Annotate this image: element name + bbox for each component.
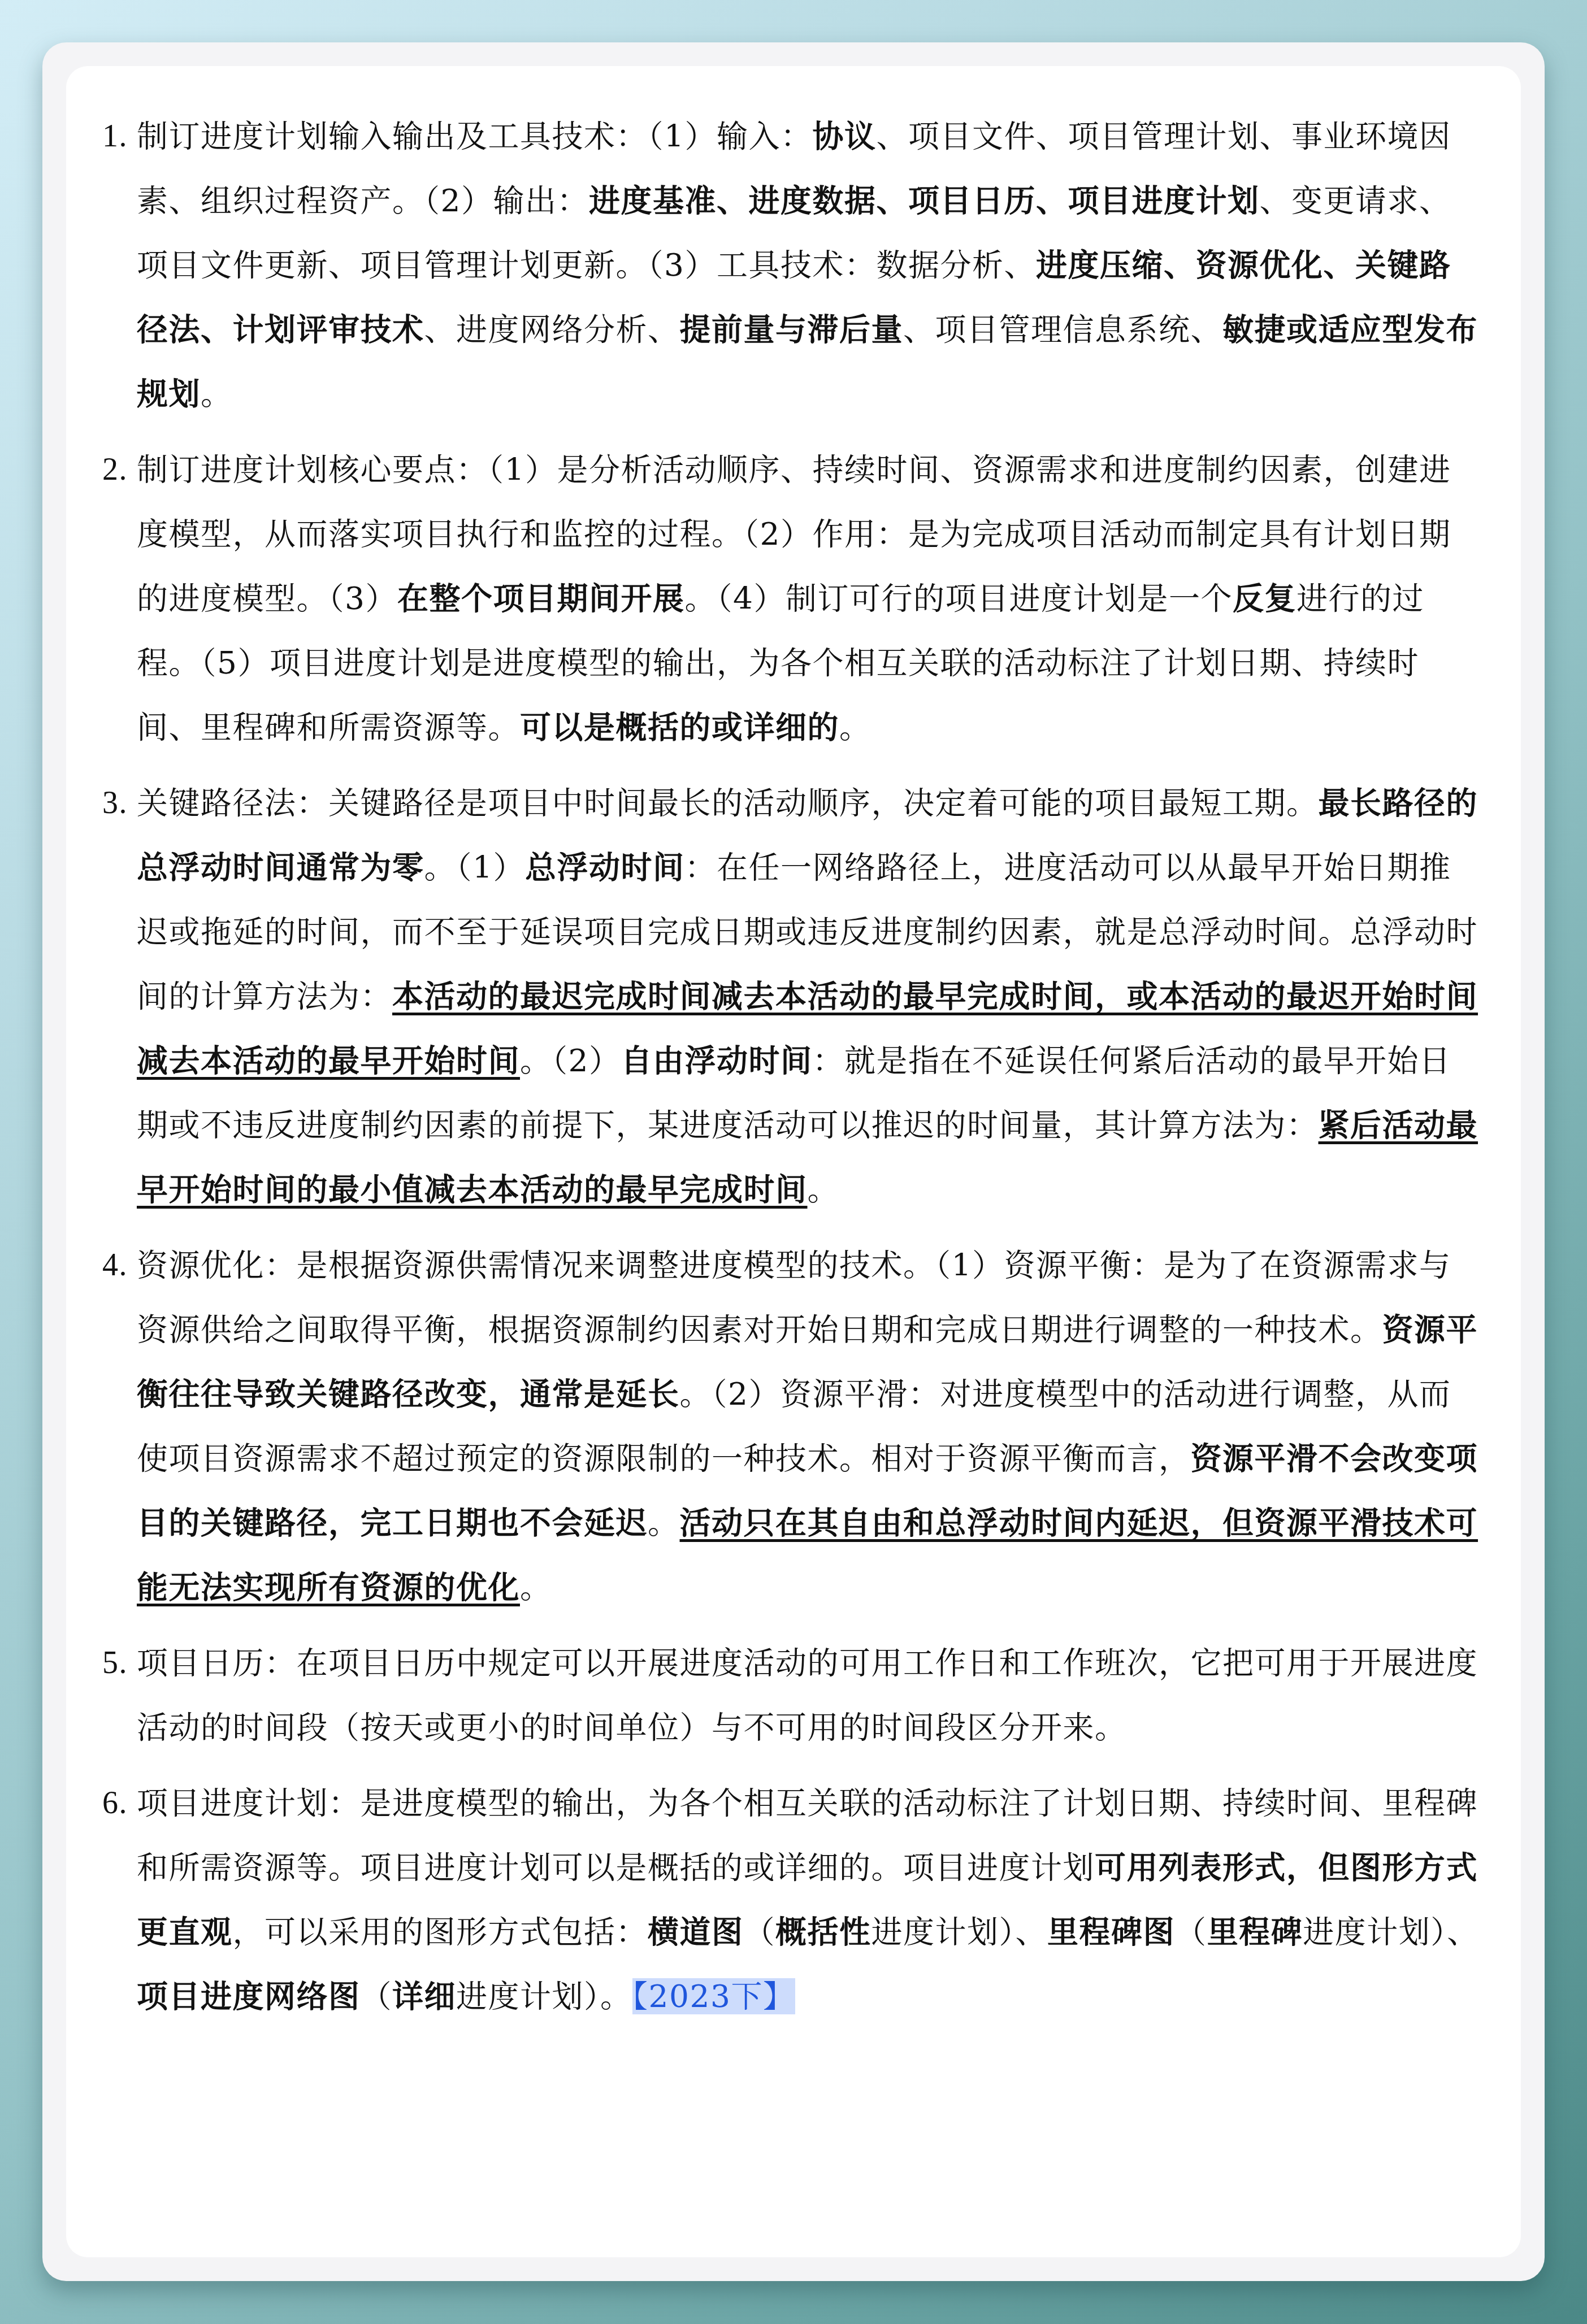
list-number: 2. xyxy=(102,437,136,502)
text-run: 。（1） xyxy=(424,849,526,885)
list-item: 1.制订进度计划输入输出及工具技术：（1）输入：协议、项目文件、项目管理计划、事… xyxy=(102,104,1481,426)
list-number: 4. xyxy=(102,1233,136,1297)
text-run: 。（2） xyxy=(520,1042,621,1079)
key-term-bold: 里程碑图 xyxy=(1047,1913,1175,1950)
text-run: 进度计划）。 xyxy=(456,1978,632,2014)
key-term-bold: 提前量与滞后量 xyxy=(680,311,904,347)
text-run: 进度计划）、 xyxy=(1303,1914,1479,1950)
key-term-bold: 反复 xyxy=(1233,580,1297,616)
text-run: 。（4）制订可行的项目进度计划是一个 xyxy=(685,580,1233,616)
list-number: 1. xyxy=(102,104,136,168)
outer-card: 1.制订进度计划输入输出及工具技术：（1）输入：协议、项目文件、项目管理计划、事… xyxy=(42,42,1545,2281)
key-term-bold: 里程碑 xyxy=(1207,1913,1303,1950)
key-term-bold: 总浮动时间 xyxy=(525,849,685,885)
key-term-bold: 项目进度网络图 xyxy=(137,1978,361,2014)
key-term-bold: 进度基准、进度数据、项目日历、项目进度计划 xyxy=(589,182,1260,219)
text-run: 、项目管理信息系统、 xyxy=(903,311,1222,347)
list-item: 3.关键路径法：关键路径是项目中时间最长的活动顺序，决定着可能的项目最短工期。最… xyxy=(102,771,1481,1222)
text-run: 项目日历：在项目日历中规定可以开展进度活动的可用工作日和工作班次，它把可用于开展… xyxy=(137,1645,1478,1745)
list-item: 2.制订进度计划核心要点：（1）是分析活动顺序、持续时间、资源需求和进度制约因素… xyxy=(102,437,1481,759)
text-run: 资源优化：是根据资源供需情况来调整进度模型的技术。（1）资源平衡：是为了在资源需… xyxy=(137,1247,1451,1348)
text-run: 。 xyxy=(808,1171,840,1207)
text-run: 进度计划）、 xyxy=(871,1914,1048,1950)
key-term-bold: 可以是概括的或详细的 xyxy=(520,709,839,745)
text-run: 制订进度计划输入输出及工具技术：（1）输入： xyxy=(137,118,813,154)
key-term-bold: 详细 xyxy=(392,1978,456,2014)
list-number: 5. xyxy=(102,1631,136,1695)
text-run: （ xyxy=(361,1978,393,2014)
key-term-bold: 协议 xyxy=(813,118,877,154)
exam-tag-highlight: 【2023下】 xyxy=(632,1978,795,2014)
list-item: 4.资源优化：是根据资源供需情况来调整进度模型的技术。（1）资源平衡：是为了在资… xyxy=(102,1233,1481,1619)
text-run: 。 xyxy=(201,376,233,412)
key-term-bold: 概括性 xyxy=(775,1913,871,1950)
text-run: （ xyxy=(1175,1914,1207,1950)
key-term-bold: 在整个项目期间开展 xyxy=(397,580,685,616)
text-run: 关键路径法：关键路径是项目中时间最长的活动顺序，决定着可能的项目最短工期。 xyxy=(137,785,1319,821)
content-card: 1.制订进度计划输入输出及工具技术：（1）输入：协议、项目文件、项目管理计划、事… xyxy=(66,66,1521,2257)
list-item: 5.项目日历：在项目日历中规定可以开展进度活动的可用工作日和工作班次，它把可用于… xyxy=(102,1631,1481,1760)
list-number: 6. xyxy=(102,1771,136,1835)
text-run: 、进度网络分析、 xyxy=(424,311,680,347)
list-number: 3. xyxy=(102,771,136,835)
key-term-bold: 横道图 xyxy=(648,1913,744,1950)
text-run: 。 xyxy=(648,1505,680,1541)
key-term-bold: 自由浮动时间 xyxy=(621,1042,813,1079)
list-item: 6.项目进度计划：是进度模型的输出，为各个相互关联的活动标注了计划日期、持续时间… xyxy=(102,1771,1481,2028)
text-run: （ xyxy=(744,1914,776,1950)
text-run: ，可以采用的图形方式包括： xyxy=(233,1914,648,1950)
notes-list: 1.制订进度计划输入输出及工具技术：（1）输入：协议、项目文件、项目管理计划、事… xyxy=(102,104,1481,2028)
text-run: 。 xyxy=(839,709,871,745)
text-run: 。 xyxy=(520,1569,552,1605)
